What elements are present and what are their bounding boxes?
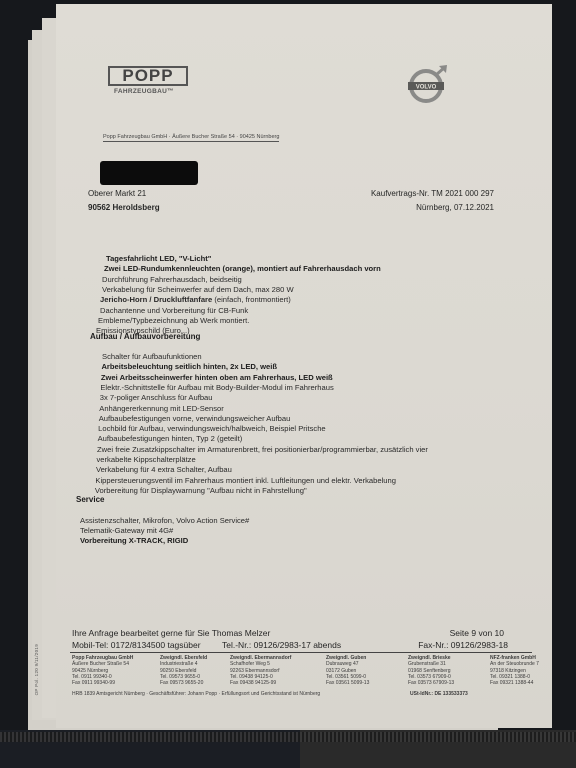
recipient-street: Oberer Markt 21 (88, 189, 146, 198)
place-date: Nürnberg, 07.12.2021 (416, 203, 494, 212)
contact-person: Ihre Anfrage bearbeitet gerne für Sie Th… (72, 628, 270, 638)
contact-fax: Fax-Nr.: 09126/2983-18 (418, 640, 508, 650)
footer-branch: Popp Fahrzeugbau GmbHÄußere Bucher Straß… (72, 655, 133, 686)
section-heading: Aufbau / Aufbauvorbereitung (90, 332, 200, 341)
section-item: Aufbaubefestigungen hinten, Typ 2 (getei… (98, 434, 243, 443)
sender-address-line: Popp Fahrzeugbau GmbH · Äußere Bucher St… (103, 134, 279, 142)
equipment-line: Jericho-Horn / Druckluftfanfare (einfach… (100, 295, 291, 304)
popp-logo-subtitle: FAHRZEUGBAU™ (108, 88, 188, 95)
section-item: Anhängererkennung mit LED-Sensor (99, 404, 224, 413)
equipment-line: Verkabelung für Scheinwerfer auf dem Dac… (102, 285, 294, 294)
document-page: POPP FAHRZEUGBAU™ VOLVO Popp Fahrzeugbau… (56, 4, 552, 728)
footer-branch-line: Fax 09438 94125-99 (230, 680, 291, 686)
footer-vat-id: USt-IdNr.: DE 133533373 (410, 691, 468, 697)
section-item: Zwei freie Zusatzkippschalter im Armatur… (97, 445, 428, 454)
footer-branch: Zweigndl. BrieskeGrubenstraße 3101968 Se… (408, 655, 454, 686)
footer-branch-line: Fax 03573 67909-13 (408, 680, 454, 686)
section-item: Kippersteuerungsventil im Fahrerhaus mon… (95, 476, 396, 485)
popp-logo-name: POPP (108, 66, 188, 86)
footer-register: HRB 1839 Amtsgericht Nürnberg · Geschäft… (72, 691, 320, 697)
contact-phone: Tel.-Nr.: 09126/2983-17 abends (222, 640, 341, 650)
footer-branch: NFZ-franken GmbHAn der Steuobrunde 79731… (490, 655, 539, 686)
equipment-line: Dachantenne und Vorbereitung für CB-Funk (100, 306, 248, 315)
page-number: Seite 9 von 10 (450, 628, 504, 638)
equipment-line: Zwei LED-Rundumkennleuchten (orange), mo… (104, 264, 381, 273)
footer-branch: Zweigndl. GubenDubrauweg 4703172 GubenTe… (326, 655, 369, 686)
footer-branch-line: Fax 09573 9655-20 (160, 680, 207, 686)
equipment-line: Tagesfahrlicht LED, "V-Licht" (106, 254, 211, 263)
section-item: Vorbereitung X-TRACK, RIGID (80, 536, 188, 545)
section-item: Verkabelung für 4 extra Schalter, Aufbau (96, 465, 232, 474)
recipient-city: 90562 Heroldsberg (88, 203, 160, 212)
contract-number: Kaufvertrags-Nr. TM 2021 000 297 (371, 189, 494, 198)
equipment-line: Embleme/Typbezeichnung ab Werk montiert. (98, 316, 249, 325)
footer-branch-line: Fax 0911 99340-99 (72, 680, 133, 686)
footer-branch-line: Fax 03561 5099-13 (326, 680, 369, 686)
section-item: Vorbereitung für Displaywarnung "Aufbau … (95, 486, 307, 495)
section-item: Telematik-Gateway mit 4G# (80, 526, 173, 535)
equipment-line: Durchführung Fahrerhausdach, beidseitig (102, 275, 242, 284)
footer-branch-line: An der Steuobrunde 7 (490, 661, 539, 667)
section-item: Aufbaubefestigungen vorne, verwindungswe… (99, 414, 291, 423)
folder-zipper (0, 732, 576, 742)
section-item: Zwei Arbeitsscheinwerfer hinten oben am … (101, 373, 333, 382)
section-item: Assistenzschalter, Mikrofon, Volvo Actio… (80, 516, 249, 525)
footer-branch-line: 01968 Senftenberg (408, 668, 454, 674)
section-item: 3x 7-poliger Anschluss für Aufbau (100, 393, 213, 402)
redacted-recipient-name (100, 161, 198, 185)
volvo-logo-icon: VOLVO (406, 64, 450, 104)
popp-logo: POPP FAHRZEUGBAU™ (108, 66, 188, 95)
contact-mobile: Mobil-Tel: 0172/8134500 tagsüber (72, 640, 201, 650)
svg-text:VOLVO: VOLVO (416, 85, 437, 91)
equipment-line-bold: Jericho-Horn / Druckluftfanfare (100, 295, 212, 304)
section-item: verkabelte Kippschalterplätze (97, 455, 196, 464)
section-item: Schalter für Aufbaufunktionen (102, 352, 202, 361)
section-item: Lochbild für Aufbau, verwindungsweich/ha… (98, 424, 326, 433)
footer-branch: Zweigndl. EbermannsdorfSchafhofer Weg 59… (230, 655, 291, 686)
section-heading: Service (76, 495, 104, 504)
side-form-code: OP Pol. 120 9/11/2019 (34, 644, 39, 695)
equipment-line-detail: (einfach, frontmontiert) (212, 295, 291, 304)
section-item: Arbeitsbeleuchtung seitlich hinten, 2x L… (101, 362, 277, 371)
section-item: Elektr.-Schnittstelle für Aufbau mit Bod… (100, 383, 333, 392)
footer-branch-line: Fax 09321 1388-44 (490, 680, 539, 686)
footer-divider (70, 652, 532, 653)
footer-branch-line: Äußere Bucher Straße 54 (72, 661, 133, 667)
footer-branch: Zweigndl. EbersfeldIndustriestraße 49025… (160, 655, 207, 686)
